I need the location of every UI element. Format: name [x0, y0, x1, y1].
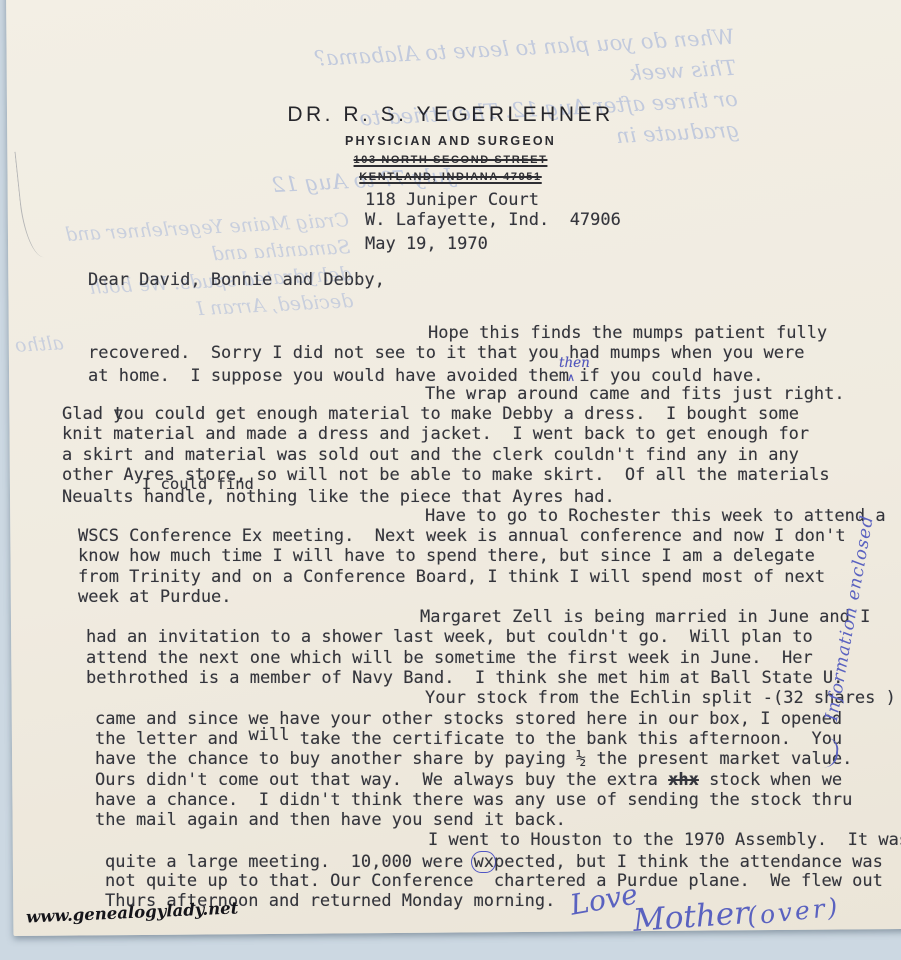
typed-line: Margaret Zell is being married in June a…: [86, 607, 901, 627]
typed-line: recovered. Sorry I did not see to it tha…: [88, 343, 901, 363]
typed-line: at home. I suppose you would have avoide…: [88, 364, 901, 384]
typed-line: the mail again and then have you send it…: [95, 810, 901, 830]
typed-line: Neualts I could findhandle, nothing like…: [62, 485, 901, 505]
typed-line: Hope this finds the mumps patient fully: [88, 323, 901, 343]
typed-line: Glad tyou could get enough material to m…: [62, 404, 901, 424]
typed-line: I went to Houston to the 1970 Assembly. …: [105, 830, 901, 850]
typed-street: 118 Juniper Court: [365, 190, 539, 210]
typed-city: W. Lafayette, Ind. 47906: [365, 210, 621, 230]
typed-line: know how much time I will have to spend …: [78, 546, 901, 566]
line-text: if you could have.: [569, 366, 763, 386]
line-text: quite a large meeting. 10,000 were: [105, 852, 473, 872]
line-text: stock when we: [699, 770, 842, 790]
typed-line: quite a large meeting. 10,000 were wxpec…: [105, 851, 901, 871]
typed-line: not quite up to that. Our Conference cha…: [105, 871, 901, 891]
circled-typo: wx: [471, 851, 495, 873]
signature-mother: Mother: [632, 895, 750, 939]
typed-line: bethrothed is a member of Navy Band. I t…: [86, 668, 901, 688]
overstruck-char: y: [113, 404, 123, 424]
typed-line: a skirt and material was sold out and th…: [62, 445, 901, 465]
letterhead-old-city-struck: KENTLAND, INDIANA 47951: [0, 172, 901, 183]
typed-line: Your stock from the Echlin split -(32 sh…: [95, 688, 901, 708]
typed-line: week at Purdue.: [78, 587, 901, 607]
typed-line: Have to go to Rochester this week to att…: [78, 506, 901, 526]
line-text: the letter and: [95, 729, 249, 749]
caret-mark: ∧: [567, 371, 575, 384]
letterhead-title: PHYSICIAN AND SURGEON: [0, 135, 901, 148]
letterhead-name: DR. R. S. YEGERLEHNER: [0, 104, 901, 125]
scanned-letter: When do you plan to leave to Alabama? Th…: [0, 0, 901, 960]
line-text: Ours didn't come out that way. We always…: [95, 770, 668, 790]
typed-line: from Trinity and on a Conference Board, …: [78, 567, 901, 587]
paragraph: The wrap around came and fits just right…: [62, 384, 901, 506]
typed-line: had an invitation to a shower last week,…: [86, 627, 901, 647]
struck-typo: xhx: [668, 770, 699, 790]
typed-line: knit material and made a dress and jacke…: [62, 424, 901, 444]
salutation: Dear David, Bonnie and Debby,: [88, 270, 385, 290]
paragraph: Your stock from the Echlin split -(32 sh…: [95, 688, 901, 830]
typed-insert-i-could-find: I could find: [142, 475, 254, 493]
typed-line: have a chance. I didn't think there was …: [95, 790, 901, 810]
line-text: at home. I suppose you would have avoide…: [88, 366, 569, 386]
typed-line: attend the next one which will be someti…: [86, 648, 901, 668]
paragraph: Hope this finds the mumps patient fully …: [88, 323, 901, 384]
paragraph: Have to go to Rochester this week to att…: [78, 506, 901, 607]
typed-line: The wrap around came and fits just right…: [62, 384, 901, 404]
handwritten-insert-then: then: [559, 355, 590, 371]
line-text: ou could get enough material to make Deb…: [124, 404, 800, 424]
paragraph: Margaret Zell is being married in June a…: [86, 607, 901, 688]
typed-line: the letter and will take the certificate…: [95, 729, 901, 749]
line-text: pected, but I think the attendance was: [494, 852, 883, 872]
letter-body: Hope this finds the mumps patient fully …: [0, 323, 901, 912]
line-text: take the certificate to the bank this af…: [289, 729, 842, 749]
typed-line: WSCS Conference Ex meeting. Next week is…: [78, 526, 901, 546]
line-text: Neualts: [62, 487, 144, 507]
typed-line: Ours didn't come out that way. We always…: [95, 770, 901, 790]
line-text: Glad: [62, 404, 113, 424]
raised-word: will: [249, 725, 290, 745]
letterhead-old-street-struck: 103 NORTH SECOND STREET: [0, 155, 901, 166]
letter-date: May 19, 1970: [365, 234, 488, 254]
typed-line: came and since we have your other stocks…: [95, 709, 901, 729]
typed-line: have the chance to buy another share by …: [95, 749, 901, 769]
